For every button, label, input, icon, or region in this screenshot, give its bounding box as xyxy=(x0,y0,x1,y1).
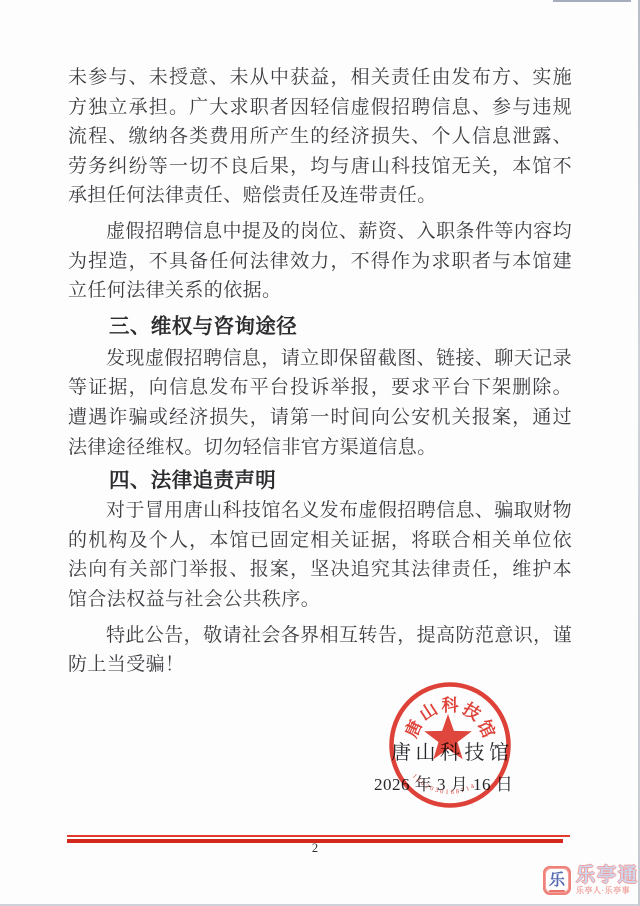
watermark-title: 乐亭通 xyxy=(576,866,639,885)
watermark-text-block: 乐亭通 乐亭人·乐亭事 xyxy=(576,866,639,895)
seal-char-4: 技 xyxy=(458,698,484,725)
seal-char-3: 科 xyxy=(442,695,460,715)
scan-artifact-top-line xyxy=(553,0,631,2)
page-number: 2 xyxy=(300,841,330,856)
seal-serial-number: 1302030168714 xyxy=(411,773,478,796)
paragraph-fabricated-info: 虚假招聘信息中提及的岗位、薪资、入职条件等内容均为捏造，不具备任何法律效力，不得… xyxy=(68,217,572,306)
scanned-document-page: 未参与、未授意、未从中获益，相关责任由发布方、实施方独立承担。广大求职者因轻信虚… xyxy=(0,0,640,906)
section-heading-rights: 三、维权与咨询途径 xyxy=(68,312,572,342)
seal-char-1: 唐 xyxy=(401,717,426,741)
document-body: 未参与、未授意、未从中获益，相关责任由发布方、实施方独立承担。广大求职者因轻信虚… xyxy=(68,63,572,680)
footer-rule-thin xyxy=(67,835,570,837)
seal-char-2: 山 xyxy=(416,699,441,724)
paragraph-report-advice: 发现虚假招聘信息，请立即保留截图、链接、聊天记录等证据，向信息发布平台投诉举报，… xyxy=(68,344,572,462)
seal-char-5: 馆 xyxy=(474,717,499,741)
paragraph-legal-action: 对于冒用唐山科技馆名义发布虚假招聘信息、骗取财物的机构及个人，本馆已固定相关证据… xyxy=(68,496,572,614)
official-seal: 唐 山 科 技 馆 1302030168714 xyxy=(387,681,513,809)
paragraph-closing: 特此公告，敬请社会各界相互转告，提高防范意识，谨防上当受骗！ xyxy=(68,621,572,680)
paragraph-liability: 未参与、未授意、未从中获益，相关责任由发布方、实施方独立承担。广大求职者因轻信虚… xyxy=(68,63,572,211)
watermark-icon-glyph: 乐 xyxy=(543,867,571,890)
watermark: 乐 乐亭通 乐亭人·乐亭事 xyxy=(543,866,639,895)
watermark-app-icon: 乐 xyxy=(543,866,571,895)
watermark-icon-mark xyxy=(549,890,565,892)
watermark-subtitle: 乐亭人·乐亭事 xyxy=(576,887,639,895)
section-heading-legal: 四、法律追责声明 xyxy=(68,466,572,496)
